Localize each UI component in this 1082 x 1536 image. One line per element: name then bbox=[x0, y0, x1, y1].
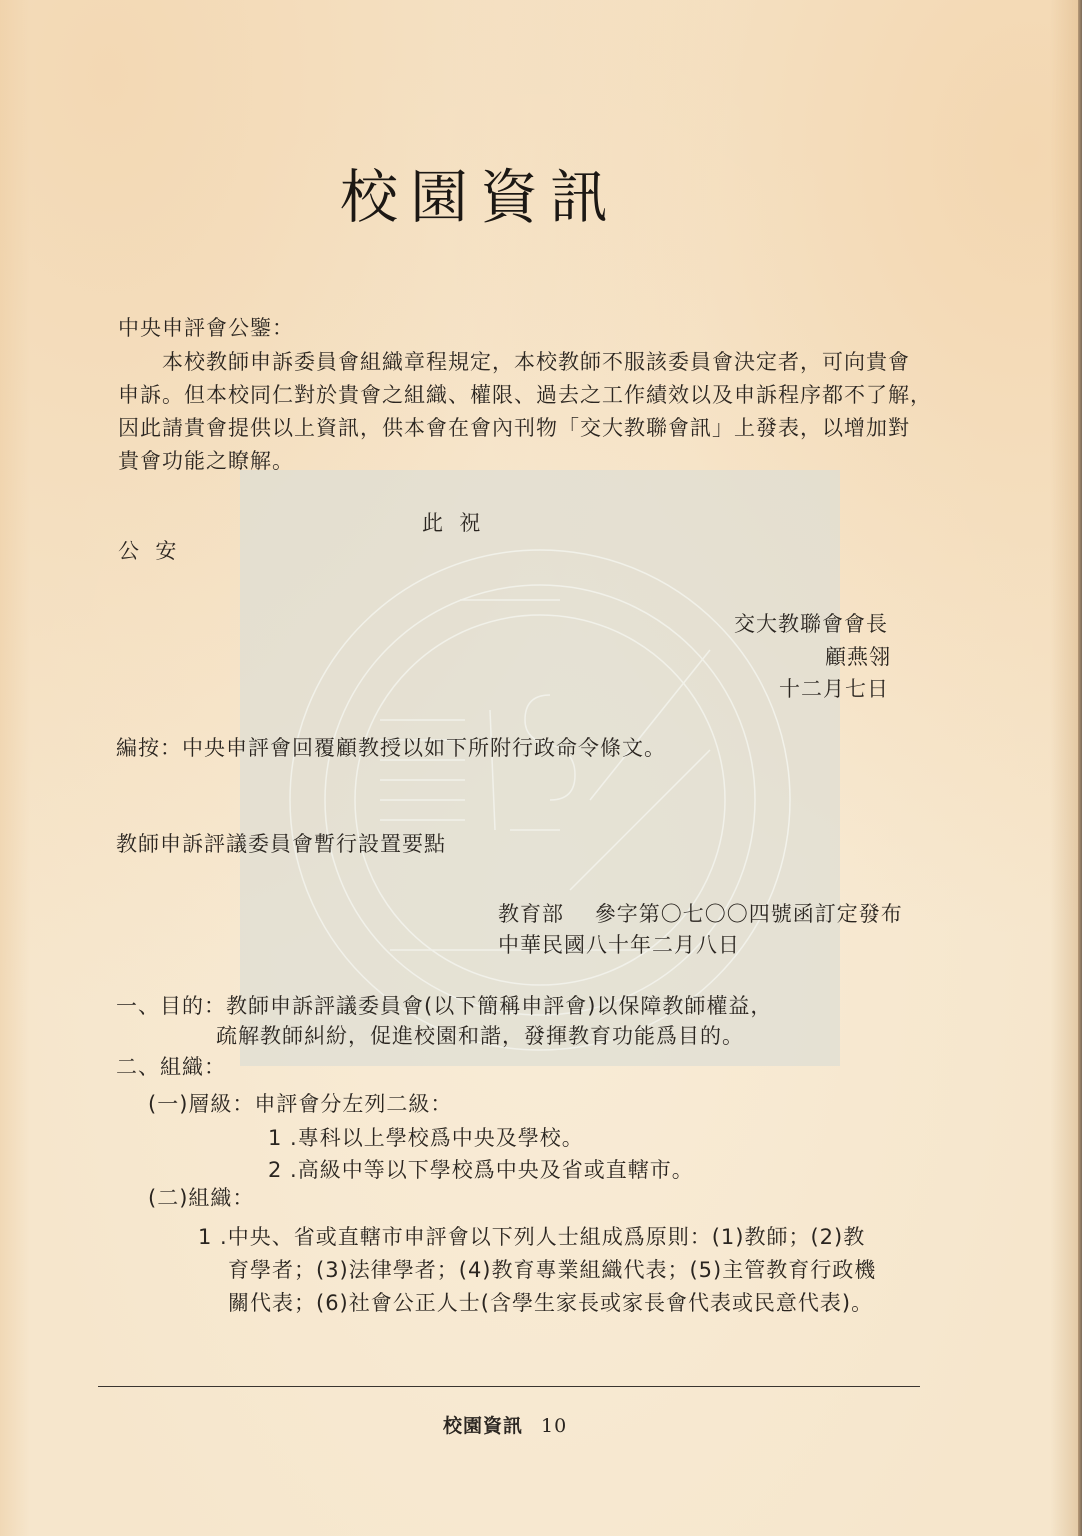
section-1-line-1: 一、目的：教師申訴評議委員會(以下簡稱申評會)以保障教師權益， bbox=[116, 996, 772, 1017]
signature-date: 十二月七日 bbox=[779, 679, 889, 700]
seal-emboss-icon bbox=[240, 470, 840, 1066]
page-footer: 校園資訊10 bbox=[443, 1417, 567, 1436]
subsection-1-heading: (一)層級：申評會分左列二級： bbox=[148, 1094, 452, 1115]
closing-line-1: 此 祝 bbox=[422, 513, 481, 534]
section-1-line-2: 疏解教師糾紛，促進校園和諧，發揮教育功能爲目的。 bbox=[216, 1026, 744, 1047]
page-title: 校園資訊 bbox=[340, 168, 620, 226]
subsection-2-item-line-2: 育學者；(3)法律學者；(4)教育專業組織代表；(5)主管教育行政機 bbox=[228, 1260, 876, 1281]
salutation: 中央申評會公鑒： bbox=[118, 318, 294, 339]
footer-publication: 校園資訊 bbox=[443, 1415, 523, 1437]
embossed-watermark bbox=[240, 470, 840, 1066]
subsection-1-item-1: 1 .專科以上學校爲中央及學校。 bbox=[268, 1128, 584, 1149]
letter-body-line-3: 因此請貴會提供以上資訊，供本會在會內刊物「交大教聯會訊」上發表，以增加對 bbox=[118, 418, 910, 439]
regulation-issuer: 教育部 參字第〇七〇〇四號函訂定發布 bbox=[498, 904, 903, 925]
subsection-2-item-line-1: 1 .中央、省或直轄市申評會以下列人士組成爲原則：(1)教師；(2)教 bbox=[198, 1227, 865, 1248]
section-2-heading: 二、組織： bbox=[116, 1057, 226, 1078]
regulation-issue-date: 中華民國八十年二月八日 bbox=[498, 935, 740, 956]
signature-org: 交大教聯會會長 bbox=[734, 614, 888, 635]
page-number: 10 bbox=[541, 1415, 567, 1437]
subsection-1-item-2: 2 .高級中等以下學校爲中央及省或直轄市。 bbox=[268, 1160, 694, 1181]
editor-note: 編按：中央申評會回覆顧教授以如下所附行政命令條文。 bbox=[116, 738, 666, 759]
closing-line-2: 公 安 bbox=[118, 541, 177, 562]
letter-body-line-4: 貴會功能之瞭解。 bbox=[118, 451, 294, 472]
regulation-title: 教師申訴評議委員會暫行設置要點 bbox=[116, 834, 446, 855]
subsection-2-heading: (二)組織： bbox=[148, 1188, 254, 1209]
page-edge-shadow bbox=[1078, 0, 1082, 1536]
letter-body-line-1: 本校教師申訴委員會組織章程規定，本校教師不服該委員會決定者，可向貴會 bbox=[162, 352, 910, 373]
signature-name: 顧燕翎 bbox=[825, 647, 891, 668]
letter-body-line-2: 申訴。但本校同仁對於貴會之組織、權限、過去之工作績效以及申訴程序都不了解， bbox=[118, 385, 932, 406]
subsection-2-item-line-3: 關代表；(6)社會公正人士(含學生家長或家長會代表或民意代表)。 bbox=[228, 1293, 873, 1314]
footer-divider bbox=[98, 1386, 920, 1387]
